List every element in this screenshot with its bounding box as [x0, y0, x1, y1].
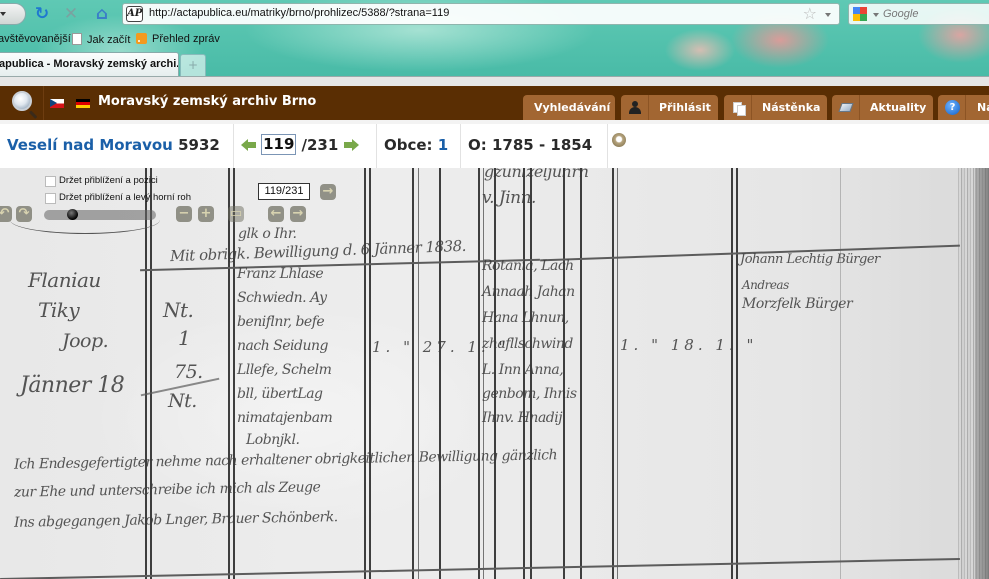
page-number-input[interactable]: 119 [261, 134, 296, 155]
manuscript-text: Tiky [38, 298, 79, 322]
browser-tabs: apublica - Moravský zemský archi... + [0, 52, 989, 76]
browser-chrome: ↻ ✕ ⌂ AP http://actapublica.eu/matriky/b… [0, 0, 989, 77]
rotate-left-button[interactable]: ↶ [0, 206, 12, 222]
zoom-in-button[interactable]: + [198, 206, 214, 222]
nav-tab-dashboard[interactable]: Nástěnka [724, 95, 827, 120]
next-page-top-button[interactable]: → [320, 184, 336, 200]
tab-icon-cell [832, 95, 860, 120]
manuscript-text: Ins abgegangen Jakob Lnger, Brauer Schön… [14, 509, 338, 531]
ruling-line [478, 168, 480, 579]
keep-zoom-position-label[interactable]: Držet přiblížení a pozici [59, 175, 158, 186]
manuscript-text: Rotania, Lach [482, 258, 574, 274]
manuscript-text: nimatajenbam [237, 410, 332, 426]
date-range: O: 1785 - 1854 [461, 124, 608, 168]
manuscript-text: bll, übertLag [237, 386, 323, 402]
site-logo[interactable] [4, 86, 44, 120]
new-tab-button[interactable]: + [180, 54, 206, 76]
manuscript-text: gzunlzeljuhrn [484, 168, 588, 181]
manuscript-text: nach Seidung [237, 338, 328, 354]
manuscript-text: glk o Ihr. [238, 226, 296, 242]
page-indicator: 119/231 [258, 183, 310, 200]
magnifier-icon [12, 91, 32, 111]
manuscript-text: Ich Endesgefertigter nehme nach erhalten… [14, 447, 557, 472]
manuscript-text: Nt. [168, 390, 197, 412]
page-icon [72, 33, 82, 45]
browser-tab-active[interactable]: apublica - Moravský zemský archi... [0, 52, 179, 76]
total-pages: /231 [301, 136, 338, 154]
manuscript-text: Morzfelk Bürger [742, 296, 852, 312]
manuscript-text: Schwiedn. Ay [237, 290, 327, 306]
bookmarks-bar: avštěvovanější Jak začít Přehled zpráv [0, 30, 989, 50]
manuscript-text: Joop. [62, 330, 108, 352]
manuscript-text: genbom, Ihnis [482, 386, 577, 402]
manuscript-text: v. Jinn. [482, 188, 536, 208]
address-bar[interactable]: AP http://actapublica.eu/matriky/brno/pr… [122, 3, 840, 25]
ruling-line [580, 168, 582, 579]
manuscript-text: 1 [178, 326, 190, 350]
ruling-line [736, 168, 738, 579]
manuscript-text: beniflnr, befe [237, 314, 324, 330]
czech-flag-icon[interactable] [50, 99, 64, 108]
page-edge-shadow [975, 168, 989, 579]
keep-zoom-position-checkbox[interactable] [45, 176, 56, 187]
zoom-slider-handle[interactable] [67, 209, 78, 220]
manuscript-text: 1. " 18. 1. " [620, 336, 757, 354]
manuscript-text: zur Ehe und unterschreibe ich mich als Z… [14, 479, 321, 500]
zoom-out-button[interactable]: − [176, 206, 192, 222]
back-button[interactable] [0, 3, 26, 25]
obce-count-link[interactable]: 1 [438, 136, 448, 154]
ruling-line [418, 168, 419, 579]
next-page-arrow-icon[interactable] [344, 139, 359, 151]
site-title: Moravský zemský archiv Brno [98, 94, 316, 109]
stop-icon[interactable]: ✕ [61, 4, 81, 24]
manuscript-text: 1. " 27. 1. " [372, 338, 509, 356]
keep-zoom-topleft-checkbox[interactable] [45, 193, 56, 204]
site-favicon-icon: AP [126, 6, 143, 22]
search-bar[interactable]: Google [848, 3, 989, 25]
home-icon[interactable]: ⌂ [92, 4, 112, 24]
bookmark-star-icon[interactable]: ☆ [803, 5, 817, 23]
magnifier-handle [29, 110, 37, 118]
bookmark-getting-started[interactable]: Jak začít [72, 33, 130, 46]
manuscript-text: Andreas [742, 278, 789, 292]
browser-toolbar: ↻ ✕ ⌂ AP http://actapublica.eu/matriky/b… [0, 2, 989, 26]
url-text[interactable]: http://actapublica.eu/matriky/brno/prohl… [149, 7, 449, 19]
ruling-line [412, 168, 414, 579]
nav-tab-news[interactable]: Aktuality [832, 95, 933, 120]
bookmark-news-feed[interactable]: Přehled zpráv [136, 33, 220, 45]
previous-page-button[interactable]: ← [268, 206, 284, 222]
ruling-line [364, 168, 366, 579]
url-dropdown-icon[interactable] [825, 13, 831, 17]
ruling-line [612, 168, 614, 579]
help-icon: ? [945, 100, 960, 115]
german-flag-icon[interactable] [76, 99, 90, 108]
site-header: Moravský zemský archiv Brno Vyhledávání … [0, 86, 989, 120]
manuscript-text: Franz Lhlase [237, 266, 323, 282]
manuscript-text: Lobnjkl. [246, 432, 299, 448]
rotate-right-button[interactable]: ↷ [16, 206, 32, 222]
nav-tab-help[interactable]: ? Ná [938, 95, 989, 120]
google-icon[interactable] [853, 7, 867, 21]
news-icon [838, 103, 853, 112]
settings-knob-icon[interactable] [612, 133, 626, 147]
search-engine-dropdown-icon[interactable] [873, 13, 879, 17]
history-dropdown-icon[interactable] [0, 12, 6, 16]
keep-zoom-topleft-label[interactable]: Držet přiblížení a levý horní roh [59, 192, 191, 203]
ruling-line [439, 168, 441, 579]
obce-info: Obce: 1 [377, 124, 461, 168]
ruling-line [840, 168, 841, 579]
ruling-line [369, 168, 371, 579]
next-page-button[interactable]: → [290, 206, 306, 222]
manuscript-text: 75. [174, 361, 203, 383]
manuscript-text: Jänner 18 [20, 373, 124, 398]
place-name-link[interactable]: Veselí nad Moravou [7, 136, 173, 154]
manuscript-text: Nt. [163, 298, 193, 322]
bookmark-most-visited[interactable]: avštěvovanější [0, 33, 71, 45]
tab-icon-cell [724, 95, 752, 120]
manuscript-text: L. Inn Anna, [482, 362, 563, 378]
manuscript-text: Flaniau [28, 268, 101, 292]
ruling-line [731, 168, 733, 579]
page-navigator: 119 /231 [234, 124, 377, 168]
register-signature: 5932 [178, 136, 220, 154]
rss-icon [136, 33, 147, 44]
user-icon [629, 101, 641, 114]
prev-page-arrow-icon[interactable] [241, 139, 256, 151]
manuscript-text: Ihnv. Hnadij [482, 410, 562, 426]
ruling-line [617, 168, 618, 579]
pages-icon [733, 102, 744, 114]
manuscript-text: Hana Lhnun, [482, 310, 569, 326]
zoom-slider[interactable] [44, 210, 156, 220]
plus-icon: + [188, 58, 198, 72]
refresh-icon[interactable]: ↻ [32, 4, 52, 24]
date-range-text: O: 1785 - 1854 [468, 136, 592, 154]
search-input[interactable]: Google [883, 8, 918, 20]
manuscript-text: Johann Lechtig Bürger [740, 252, 880, 267]
manuscript-text: Lllefe, Schelm [237, 362, 331, 378]
fit-to-screen-button[interactable]: ▭ [228, 206, 244, 222]
tab-icon-cell [621, 95, 649, 120]
obce-label: Obce: [384, 136, 433, 154]
tab-icon-cell: ? [938, 95, 966, 120]
manuscript-text: Annaah Jahan [482, 284, 575, 300]
nav-tab-search[interactable]: Vyhledávání [523, 95, 615, 120]
manuscript-viewer[interactable]: gzunlzeljuhrn v. Jinn. glk o Ihr. Mit ob… [0, 168, 989, 579]
ruling-line [563, 168, 565, 579]
nav-tab-login[interactable]: Přihlásit [621, 95, 718, 120]
record-title: Veselí nad Moravou 5932 [0, 124, 234, 168]
record-info-bar: Veselí nad Moravou 5932 119 /231 Obce: 1… [0, 120, 989, 168]
